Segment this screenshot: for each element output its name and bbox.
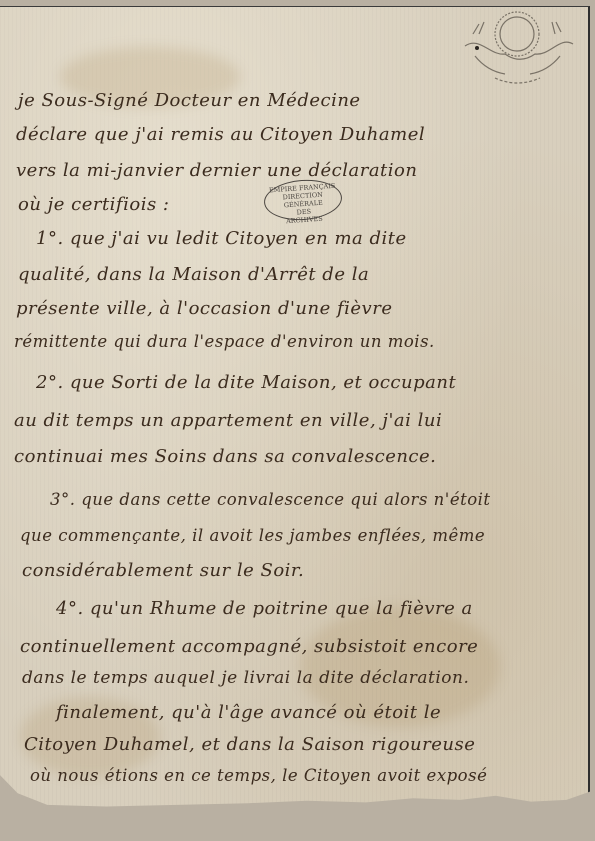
manuscript-line: rémittente qui dura l'espace d'environ u… — [14, 332, 435, 351]
manuscript-line: où nous étions en ce temps, le Citoyen a… — [30, 766, 487, 785]
manuscript-line: au dit temps un appartement en ville, j'… — [14, 410, 442, 431]
manuscript-line: qualité, dans la Maison d'Arrêt de la — [18, 264, 369, 285]
manuscript-line: 3°. que dans cette convalescence qui alo… — [50, 490, 491, 509]
manuscript-line: présente ville, à l'occasion d'une fièvr… — [16, 298, 392, 319]
manuscript-line: 1°. que j'ai vu ledit Citoyen en ma dite — [36, 228, 407, 249]
crest-stamp-icon — [455, 6, 580, 96]
manuscript-line: je Sous-Signé Docteur en Médecine — [18, 90, 361, 111]
manuscript-line: 2°. que Sorti de la dite Maison, et occu… — [36, 372, 456, 393]
manuscript-line: où je certifiois : — [18, 194, 169, 215]
manuscript-line: vers la mi-janvier dernier une déclarati… — [16, 160, 417, 181]
manuscript-line: Citoyen Duhamel, et dans la Saison rigou… — [24, 734, 475, 755]
manuscript-line: considérablement sur le Soir. — [22, 560, 304, 581]
manuscript-line: que commençante, il avoit les jambes enf… — [20, 526, 485, 545]
manuscript-line: déclare que j'ai remis au Citoyen Duhame… — [16, 124, 425, 145]
manuscript-line: dans le temps auquel je livrai la dite d… — [22, 668, 469, 688]
manuscript-line: continuai mes Soins dans sa convalescenc… — [14, 446, 436, 467]
manuscript-line: finalement, qu'à l'âge avancé où étoit l… — [56, 702, 441, 723]
manuscript-line: continuellement accompagné, subsistoit e… — [20, 636, 478, 657]
manuscript-line: 4°. qu'un Rhume de poitrine que la fièvr… — [56, 598, 473, 619]
